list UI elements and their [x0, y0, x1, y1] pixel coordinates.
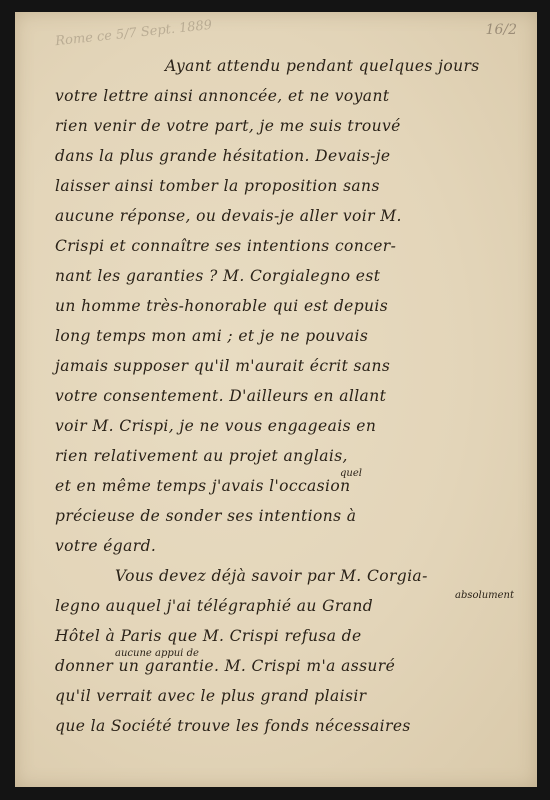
text-line: Vous devez déjà savoir par M. Corgia-	[115, 567, 428, 585]
text-line: nant les garanties ? M. Corgialegno est	[55, 267, 380, 285]
interlinear-insertion: absolument	[455, 590, 514, 601]
text-line: dans la plus grande hésitation. Devais-j…	[55, 147, 391, 165]
folio-number: 16/2	[486, 22, 517, 38]
text-line: long temps mon ami ; et je ne pouvais	[55, 327, 368, 345]
pencil-archive-date: Rome ce 5/7 Sept. 1889	[55, 18, 213, 49]
text-line: votre consentement. D'ailleurs en allant	[55, 387, 386, 405]
text-line: votre lettre ainsi annoncée, et ne voyan…	[55, 87, 389, 105]
text-line: que la Société trouve les fonds nécessai…	[55, 717, 411, 735]
text-line: votre égard.	[55, 537, 156, 555]
text-line: précieuse de sonder ses intentions à	[55, 507, 356, 525]
text-line: jamais supposer qu'il m'aurait écrit san…	[55, 357, 390, 375]
text-line: un homme très-honorable qui est depuis	[55, 297, 388, 315]
text-line: Crispi et connaître ses intentions conce…	[55, 237, 396, 255]
text-line: voir M. Crispi, je ne vous engageais en	[55, 417, 376, 435]
text-line: rien venir de votre part, je me suis tro…	[55, 117, 401, 135]
text-line: donner un garantie. M. Crispi m'a assuré	[55, 657, 395, 675]
text-line: et en même temps j'avais l'occasion	[55, 477, 351, 495]
manuscript-page: Rome ce 5/7 Sept. 1889 16/2 Ayant attend…	[15, 12, 537, 787]
text-line: qu'il verrait avec le plus grand plaisir	[55, 687, 367, 705]
text-line: Ayant attendu pendant quelques jours	[165, 57, 480, 75]
text-line: legno auquel j'ai télégraphié au Grand	[55, 597, 373, 615]
text-line: laisser ainsi tomber la proposition sans	[55, 177, 380, 195]
text-line: rien relativement au projet anglais,	[55, 447, 348, 465]
text-line: Hôtel à Paris que M. Crispi refusa de	[55, 627, 362, 645]
text-line: aucune réponse, ou devais-je aller voir …	[55, 207, 402, 225]
